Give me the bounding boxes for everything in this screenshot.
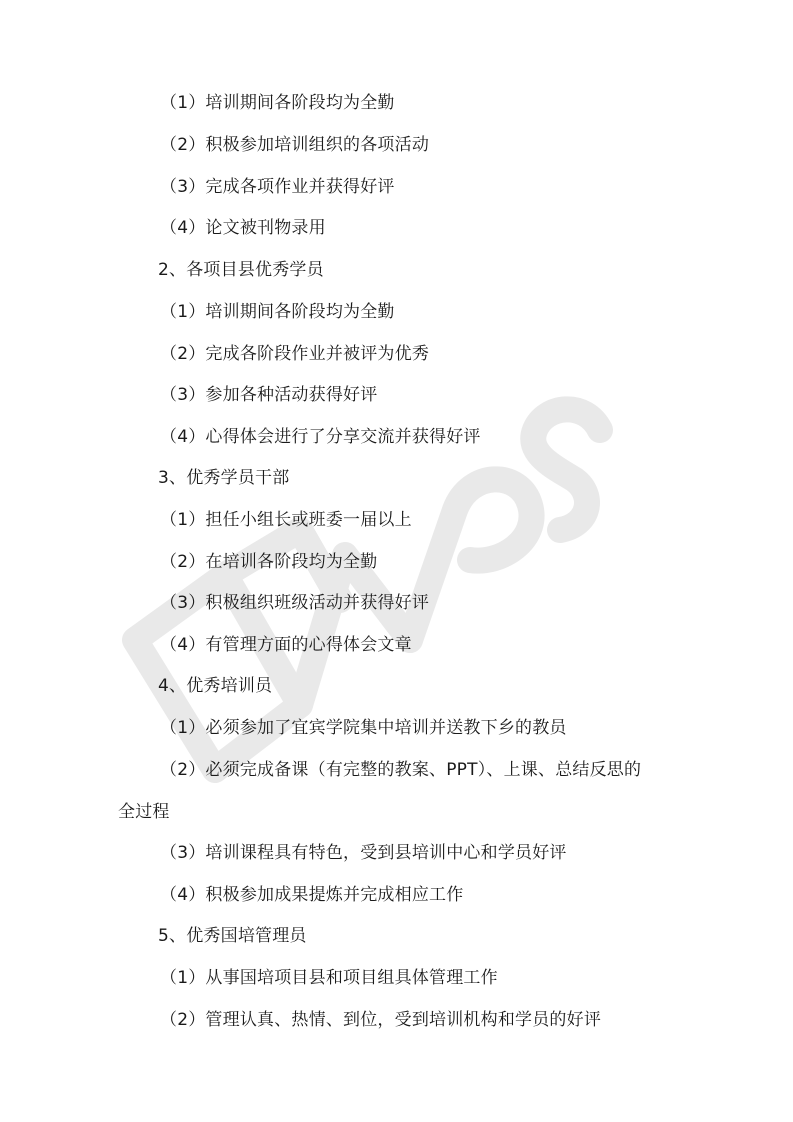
criteria-item: （1）培训期间各阶段均为全勤 <box>160 91 395 115</box>
criteria-item: （3）积极组织班级活动并获得好评 <box>160 591 429 615</box>
criteria-item: （1）必须参加了宜宾学院集中培训并送教下乡的教员 <box>160 716 567 740</box>
criteria-item: （2）必须完成备课（有完整的教案、PPT）、上课、总结反思的 <box>160 758 641 782</box>
criteria-item: （4）论文被刊物录用 <box>160 216 326 240</box>
section-heading: 4、优秀培训员 <box>158 674 272 698</box>
criteria-item: （2）管理认真、热情、到位，受到培训机构和学员的好评 <box>160 1008 601 1032</box>
criteria-item: （4）有管理方面的心得体会文章 <box>160 633 412 657</box>
criteria-item: （2）完成各阶段作业并被评为优秀 <box>160 342 429 366</box>
section-heading: 3、优秀学员干部 <box>158 466 289 490</box>
criteria-item: （2）在培训各阶段均为全勤 <box>160 550 377 574</box>
wps-watermark-icon <box>0 0 793 1122</box>
criteria-item: （3）培训课程具有特色，受到县培训中心和学员好评 <box>160 841 567 865</box>
document-page: （1）培训期间各阶段均为全勤 （2）积极参加培训组织的各项活动 （3）完成各项作… <box>0 0 793 1122</box>
criteria-item-continuation: 全过程 <box>118 800 170 824</box>
criteria-item: （3）参加各种活动获得好评 <box>160 383 377 407</box>
criteria-item: （1）培训期间各阶段均为全勤 <box>160 300 395 324</box>
criteria-item: （1）从事国培项目县和项目组具体管理工作 <box>160 966 498 990</box>
section-heading: 2、各项目县优秀学员 <box>158 258 324 282</box>
criteria-item: （4）积极参加成果提炼并完成相应工作 <box>160 883 463 907</box>
criteria-item: （1）担任小组长或班委一届以上 <box>160 508 412 532</box>
criteria-item: （2）积极参加培训组织的各项活动 <box>160 133 429 157</box>
criteria-item: （4）心得体会进行了分享交流并获得好评 <box>160 425 481 449</box>
section-heading: 5、优秀国培管理员 <box>158 924 307 948</box>
criteria-item: （3）完成各项作业并获得好评 <box>160 175 395 199</box>
